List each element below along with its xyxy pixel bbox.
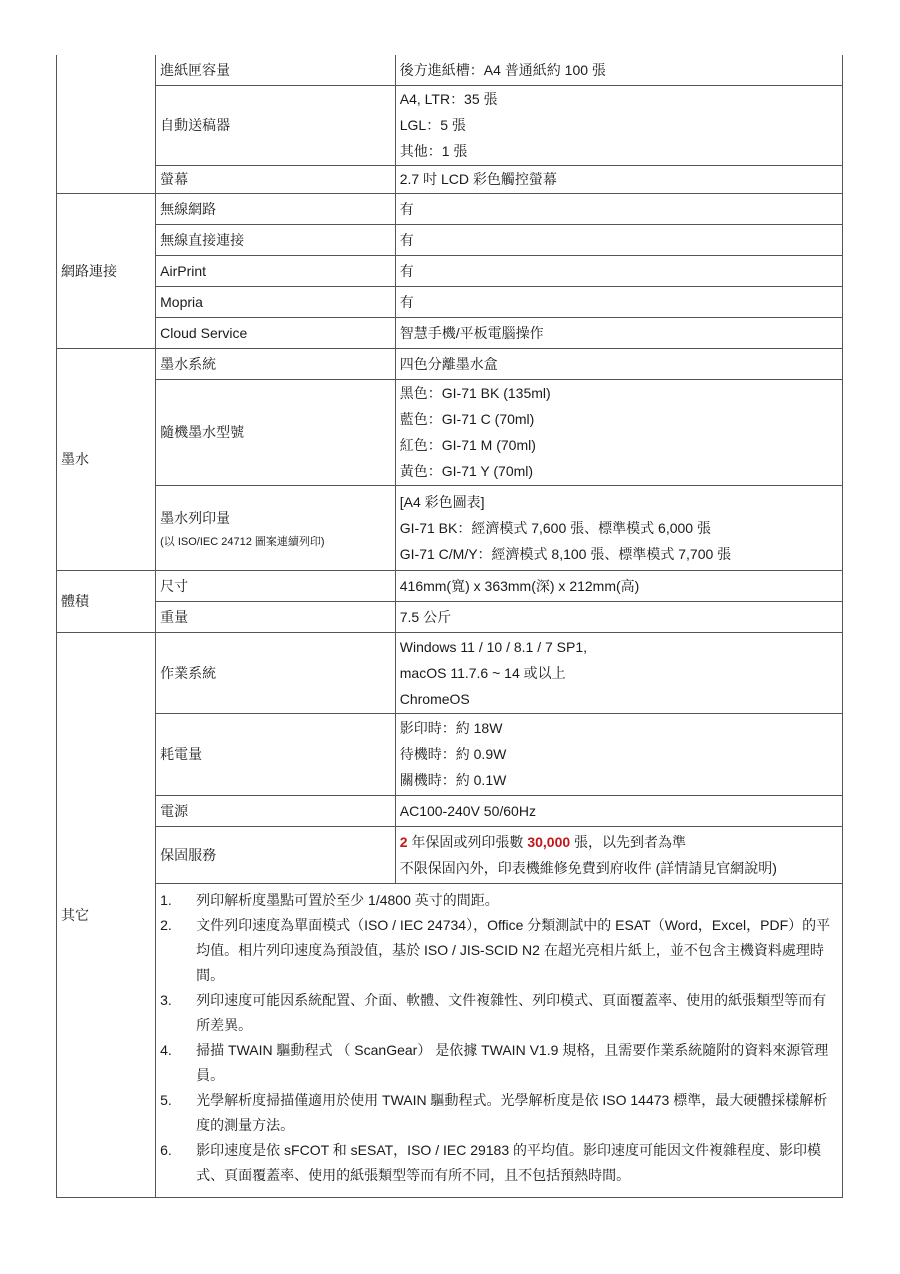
spec-key: 無線直接連接 xyxy=(156,224,396,255)
spec-key: AirPrint xyxy=(156,255,396,286)
spec-row: Mopria 有 xyxy=(57,286,843,317)
spec-value: Windows 11 / 10 / 8.1 / 7 SP1, macOS 11.… xyxy=(395,632,842,713)
notes-row: 1.列印解析度墨點可置於至少 1/4800 英寸的間距。 2.文件列印速度為單面… xyxy=(57,883,843,1197)
spec-value: A4, LTR：35 張 LGL：5 張 其他：1 張 xyxy=(395,85,842,165)
spec-value: 7.5 公斤 xyxy=(395,601,842,632)
spec-key: 保固服務 xyxy=(156,826,396,883)
category-cell: 墨水 xyxy=(57,348,156,570)
note-item: 3.列印速度可能因系統配置、介面、軟體、文件複雜性、列印模式、頁面覆蓋率、使用的… xyxy=(160,988,834,1038)
spec-row: 保固服務 2 年保固或列印張數 30,000 張，以先到者為準 不限保固內外，印… xyxy=(57,826,843,883)
spec-value: 有 xyxy=(395,255,842,286)
spec-key: Cloud Service xyxy=(156,317,396,348)
note-item: 2.文件列印速度為單面模式（ISO / IEC 24734），Office 分類… xyxy=(160,913,834,988)
spec-row: 網路連接 無線網路 有 xyxy=(57,193,843,224)
spec-row: 重量 7.5 公斤 xyxy=(57,601,843,632)
spec-value: 2.7 吋 LCD 彩色觸控螢幕 xyxy=(395,165,842,193)
spec-key: 進紙匣容量 xyxy=(156,55,396,85)
spec-value: 智慧手機/平板電腦操作 xyxy=(395,317,842,348)
spec-key: 耗電量 xyxy=(156,713,396,795)
spec-row: 自動送稿器 A4, LTR：35 張 LGL：5 張 其他：1 張 xyxy=(57,85,843,165)
spec-key: 尺寸 xyxy=(156,570,396,601)
spec-row: 螢幕 2.7 吋 LCD 彩色觸控螢幕 xyxy=(57,165,843,193)
warranty-years: 2 xyxy=(400,834,408,850)
category-cell xyxy=(57,55,156,193)
notes-cell: 1.列印解析度墨點可置於至少 1/4800 英寸的間距。 2.文件列印速度為單面… xyxy=(156,883,843,1197)
spec-row: AirPrint 有 xyxy=(57,255,843,286)
category-cell: 其它 xyxy=(57,632,156,1197)
spec-key: 作業系統 xyxy=(156,632,396,713)
note-item: 5.光學解析度掃描僅適用於使用 TWAIN 驅動程式。光學解析度是依 ISO 1… xyxy=(160,1088,834,1138)
spec-table: 進紙匣容量 後方進紙槽：A4 普通紙約 100 張 自動送稿器 A4, LTR：… xyxy=(56,55,843,1198)
spec-value: 2 年保固或列印張數 30,000 張，以先到者為準 不限保固內外，印表機維修免… xyxy=(395,826,842,883)
spec-row: 進紙匣容量 後方進紙槽：A4 普通紙約 100 張 xyxy=(57,55,843,85)
warranty-pages: 30,000 xyxy=(527,834,570,850)
spec-row: 無線直接連接 有 xyxy=(57,224,843,255)
spec-key: 墨水系統 xyxy=(156,348,396,379)
category-cell: 體積 xyxy=(57,570,156,632)
spec-key: Mopria xyxy=(156,286,396,317)
note-item: 4.掃描 TWAIN 驅動程式 （ ScanGear） 是依據 TWAIN V1… xyxy=(160,1038,834,1088)
spec-value: 黑色：GI-71 BK (135ml) 藍色：GI-71 C (70ml) 紅色… xyxy=(395,379,842,485)
spec-key: 無線網路 xyxy=(156,193,396,224)
spec-row: 電源 AC100-240V 50/60Hz xyxy=(57,795,843,826)
note-item: 6.影印速度是依 sFCOT 和 sESAT，ISO / IEC 29183 的… xyxy=(160,1138,834,1188)
spec-value: [A4 彩色圖表] GI-71 BK：經濟模式 7,600 張、標準模式 6,0… xyxy=(395,485,842,570)
spec-value: 後方進紙槽：A4 普通紙約 100 張 xyxy=(395,55,842,85)
spec-row: 隨機墨水型號 黑色：GI-71 BK (135ml) 藍色：GI-71 C (7… xyxy=(57,379,843,485)
spec-key: 重量 xyxy=(156,601,396,632)
spec-row: 墨水列印量 (以 ISO/IEC 24712 圖案連續列印) [A4 彩色圖表]… xyxy=(57,485,843,570)
spec-key: 墨水列印量 (以 ISO/IEC 24712 圖案連續列印) xyxy=(156,485,396,570)
spec-row: 墨水 墨水系統 四色分離墨水盒 xyxy=(57,348,843,379)
spec-value: 影印時：約 18W 待機時：約 0.9W 關機時：約 0.1W xyxy=(395,713,842,795)
spec-value: 有 xyxy=(395,286,842,317)
spec-row: 其它 作業系統 Windows 11 / 10 / 8.1 / 7 SP1, m… xyxy=(57,632,843,713)
spec-row: Cloud Service 智慧手機/平板電腦操作 xyxy=(57,317,843,348)
ink-yield-note: (以 ISO/IEC 24712 圖案連續列印) xyxy=(160,533,391,551)
spec-value: 有 xyxy=(395,193,842,224)
spec-value: 有 xyxy=(395,224,842,255)
spec-value: 416mm(寬) x 363mm(深) x 212mm(高) xyxy=(395,570,842,601)
spec-key: 自動送稿器 xyxy=(156,85,396,165)
category-cell: 網路連接 xyxy=(57,193,156,348)
warranty-line: 2 年保固或列印張數 30,000 張，以先到者為準 xyxy=(400,829,838,855)
spec-row: 體積 尺寸 416mm(寬) x 363mm(深) x 212mm(高) xyxy=(57,570,843,601)
spec-key: 電源 xyxy=(156,795,396,826)
spec-value: AC100-240V 50/60Hz xyxy=(395,795,842,826)
spec-row: 耗電量 影印時：約 18W 待機時：約 0.9W 關機時：約 0.1W xyxy=(57,713,843,795)
note-item: 1.列印解析度墨點可置於至少 1/4800 英寸的間距。 xyxy=(160,888,834,913)
spec-key: 螢幕 xyxy=(156,165,396,193)
spec-value: 四色分離墨水盒 xyxy=(395,348,842,379)
spec-key: 隨機墨水型號 xyxy=(156,379,396,485)
